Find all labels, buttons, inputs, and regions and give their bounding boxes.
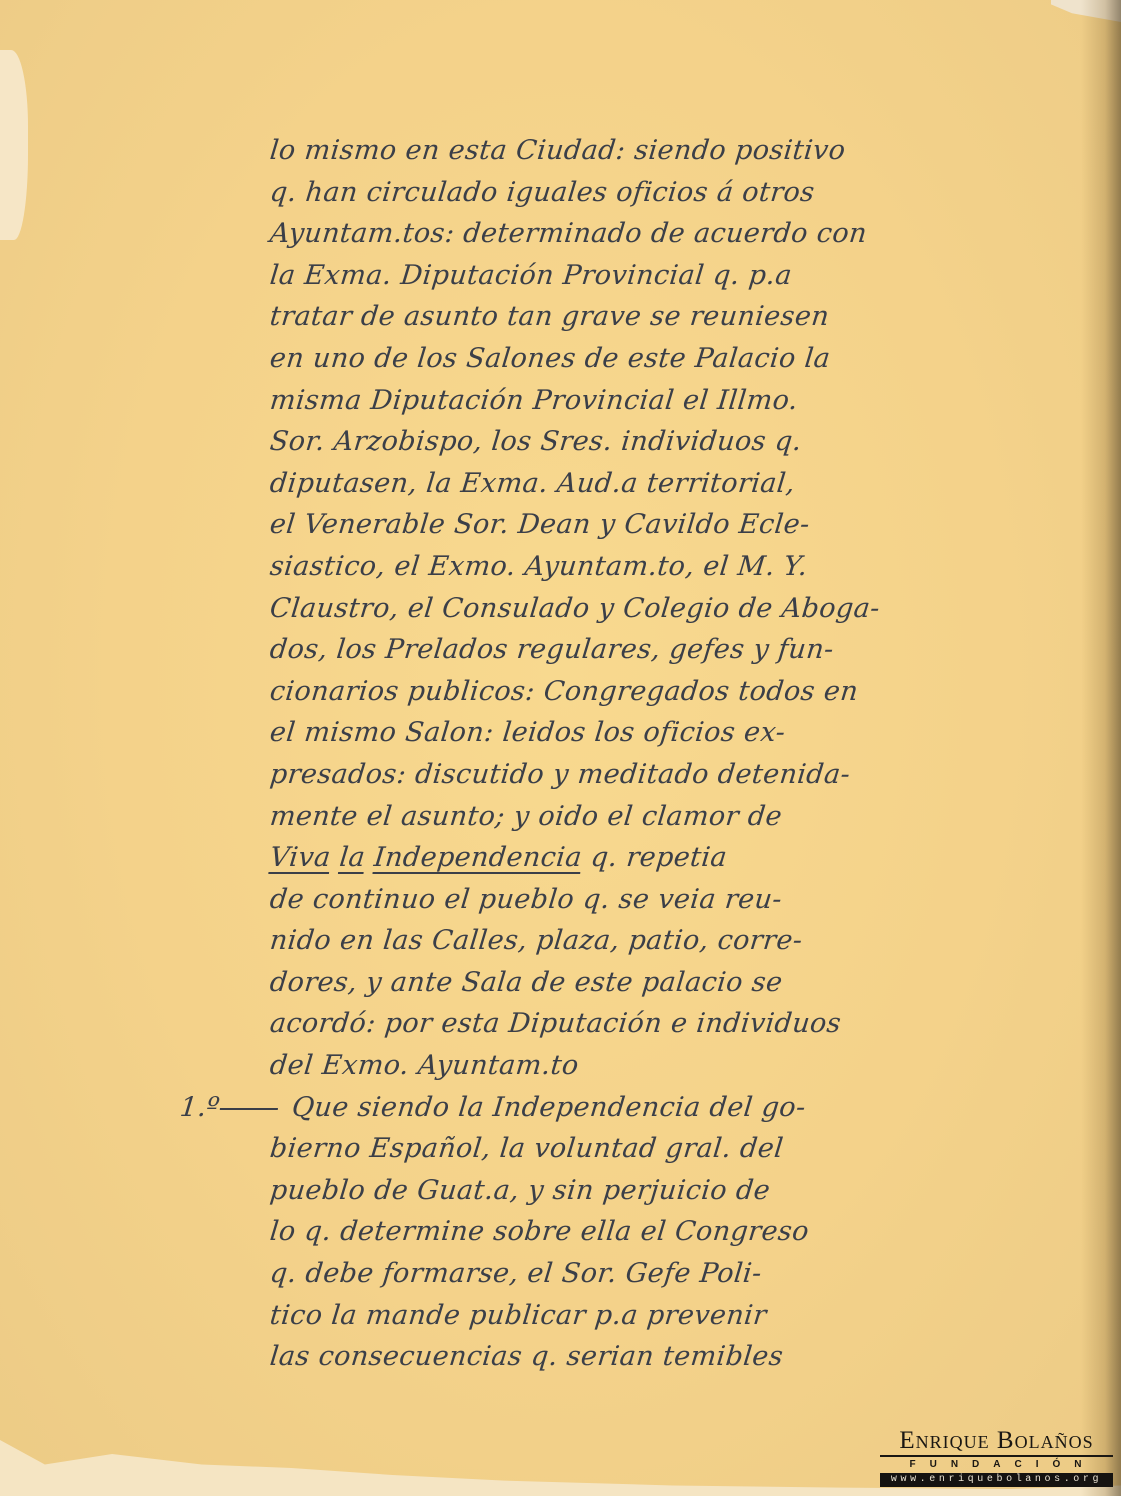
paper-page: lo mismo en esta Ciudad: siendo positivo… <box>0 0 1121 1496</box>
item-number: 1.º <box>178 1087 222 1129</box>
logo-url: www.enriquebolanos.org <box>880 1473 1113 1487</box>
numbered-item-first-line: 1.ºQue siendo la Independencia del go- <box>178 1087 922 1129</box>
viva-la-independencia-line: Viva la Independencia q. repetia <box>178 837 922 879</box>
manuscript-line: mente el asunto; y oido el clamor de <box>178 796 922 838</box>
manuscript-line: misma Diputación Provincial el Illmo. <box>178 380 922 422</box>
torn-edge-left <box>0 50 28 240</box>
foundation-watermark-logo: Enrique Bolaños FUNDACIÓN www.enriquebol… <box>880 1428 1113 1487</box>
manuscript-line: Sor. Arzobispo, los Sres. individuos q. <box>178 421 922 463</box>
manuscript-line: la Exma. Diputación Provincial q. p.a <box>178 255 922 297</box>
underlined-word: Viva <box>268 842 332 873</box>
manuscript-text: lo mismo en esta Ciudad: siendo positivo… <box>180 130 920 1378</box>
manuscript-line: tico la mande publicar p.a prevenir <box>178 1295 922 1337</box>
item-text: Que siendo la Independencia del go- <box>290 1092 807 1123</box>
manuscript-line: nido en las Calles, plaza, patio, corre- <box>178 920 922 962</box>
manuscript-line: presados: discutido y meditado detenida- <box>178 754 922 796</box>
underlined-word: Independencia <box>373 842 584 873</box>
manuscript-line: dores, y ante Sala de este palacio se <box>178 962 922 1004</box>
manuscript-line: bierno Español, la voluntad gral. del <box>178 1128 922 1170</box>
manuscript-line: del Exmo. Ayuntam.to <box>178 1045 922 1087</box>
manuscript-line: lo q. determine sobre ella el Congreso <box>178 1211 922 1253</box>
manuscript-line: Claustro, el Consulado y Colegio de Abog… <box>178 588 922 630</box>
manuscript-line: el mismo Salon: leidos los oficios ex- <box>178 712 922 754</box>
manuscript-line: dos, los Prelados regulares, gefes y fun… <box>178 629 922 671</box>
manuscript-line: lo mismo en esta Ciudad: siendo positivo <box>178 130 922 172</box>
item-dash <box>220 1107 278 1109</box>
manuscript-line: diputasen, la Exma. Aud.a territorial, <box>178 463 922 505</box>
manuscript-line: Ayuntam.tos: determinado de acuerdo con <box>178 213 922 255</box>
manuscript-line: cionarios publicos: Congregados todos en <box>178 671 922 713</box>
underlined-word: la <box>338 842 367 873</box>
manuscript-line: q. debe formarse, el Sor. Gefe Poli- <box>178 1253 922 1295</box>
manuscript-line: pueblo de Guat.a, y sin perjuicio de <box>178 1170 922 1212</box>
manuscript-line: de continuo el pueblo q. se veia reu- <box>178 879 922 921</box>
logo-name: Enrique Bolaños <box>880 1428 1113 1457</box>
binding-shadow <box>1081 0 1121 1496</box>
manuscript-line: las consecuencias q. serian temibles <box>178 1336 922 1378</box>
manuscript-line: q. han circulado iguales oficios á otros <box>178 172 922 214</box>
logo-subtitle: FUNDACIÓN <box>880 1458 1113 1472</box>
manuscript-line: tratar de asunto tan grave se reuniesen <box>178 296 922 338</box>
line-rest: q. repetia <box>589 842 728 873</box>
manuscript-line: en uno de los Salones de este Palacio la <box>178 338 922 380</box>
manuscript-line: acordó: por esta Diputación e individuos <box>178 1003 922 1045</box>
manuscript-line: el Venerable Sor. Dean y Cavildo Ecle- <box>178 504 922 546</box>
manuscript-line: siastico, el Exmo. Ayuntam.to, el M. Y. <box>178 546 922 588</box>
